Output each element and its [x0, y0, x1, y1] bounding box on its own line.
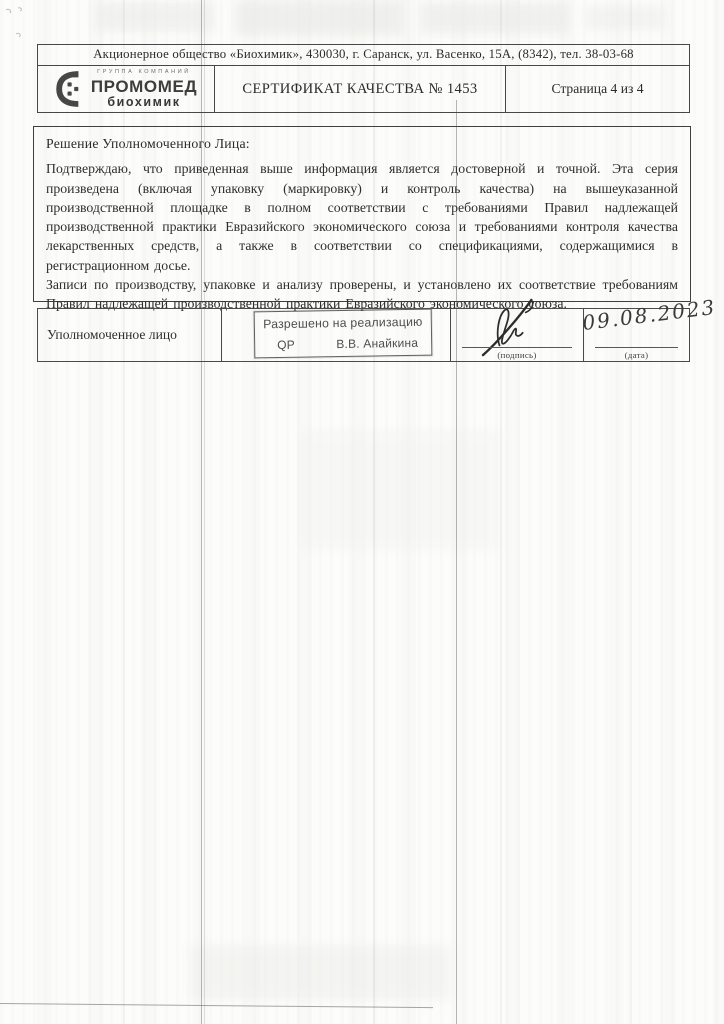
date-rule — [595, 347, 678, 348]
scan-horizontal-line — [0, 1003, 433, 1008]
scan-smudge — [300, 430, 500, 550]
stamp-person-name: В.В. Анайкина — [336, 336, 418, 351]
stamp-qp-label: QP — [277, 338, 295, 352]
logo-cell: ГРУППА КОМПАНИЙ ПРОМОМЕД биохимик — [38, 66, 215, 112]
release-stamp: Разрешено на реализацию QP В.В. Анайкина — [254, 309, 433, 359]
scan-smudge — [190, 945, 450, 1000]
scan-smudge — [585, 6, 665, 30]
signature-table: Уполномоченное лицо Разрешено на реализа… — [37, 308, 690, 362]
certificate-title: СЕРТИФИКАТ КАЧЕСТВА № 1453 — [215, 66, 506, 112]
date-cell: 09.08.2023 (дата) — [584, 309, 689, 361]
scan-smudge — [235, 0, 405, 36]
logo-group-label: ГРУППА КОМПАНИЙ — [97, 70, 191, 76]
authorized-person-label: Уполномоченное лицо — [38, 309, 222, 361]
header-table: Акционерное общество «Биохимик», 430030,… — [37, 44, 690, 113]
scan-smudge — [420, 2, 570, 34]
logo-brand-name: ПРОМОМЕД — [91, 78, 197, 95]
scan-dirt-mark — [2, 4, 36, 44]
date-caption: (дата) — [584, 350, 689, 360]
page-indicator: Страница 4 из 4 — [506, 66, 689, 112]
logo-text: ГРУППА КОМПАНИЙ ПРОМОМЕД биохимик — [91, 70, 197, 108]
logo-sub-brand: биохимик — [107, 96, 180, 109]
signature-rule — [462, 347, 572, 348]
decision-box: Решение Уполномоченного Лица: Подтвержда… — [33, 126, 691, 302]
signature-cell: (подпись) — [451, 309, 584, 361]
stamp-cell: Разрешено на реализацию QP В.В. Анайкина — [222, 309, 451, 361]
decision-heading: Решение Уполномоченного Лица: — [46, 134, 678, 153]
company-address-line: Акционерное общество «Биохимик», 430030,… — [38, 45, 689, 66]
decision-paragraph-1: Подтверждаю, что приведенная выше информ… — [46, 159, 678, 275]
scan-smudge — [95, 2, 215, 32]
promomed-logo-icon — [55, 69, 85, 109]
signature-caption: (подпись) — [451, 350, 583, 360]
stamp-release-text: Разрешено на реализацию — [255, 315, 431, 332]
